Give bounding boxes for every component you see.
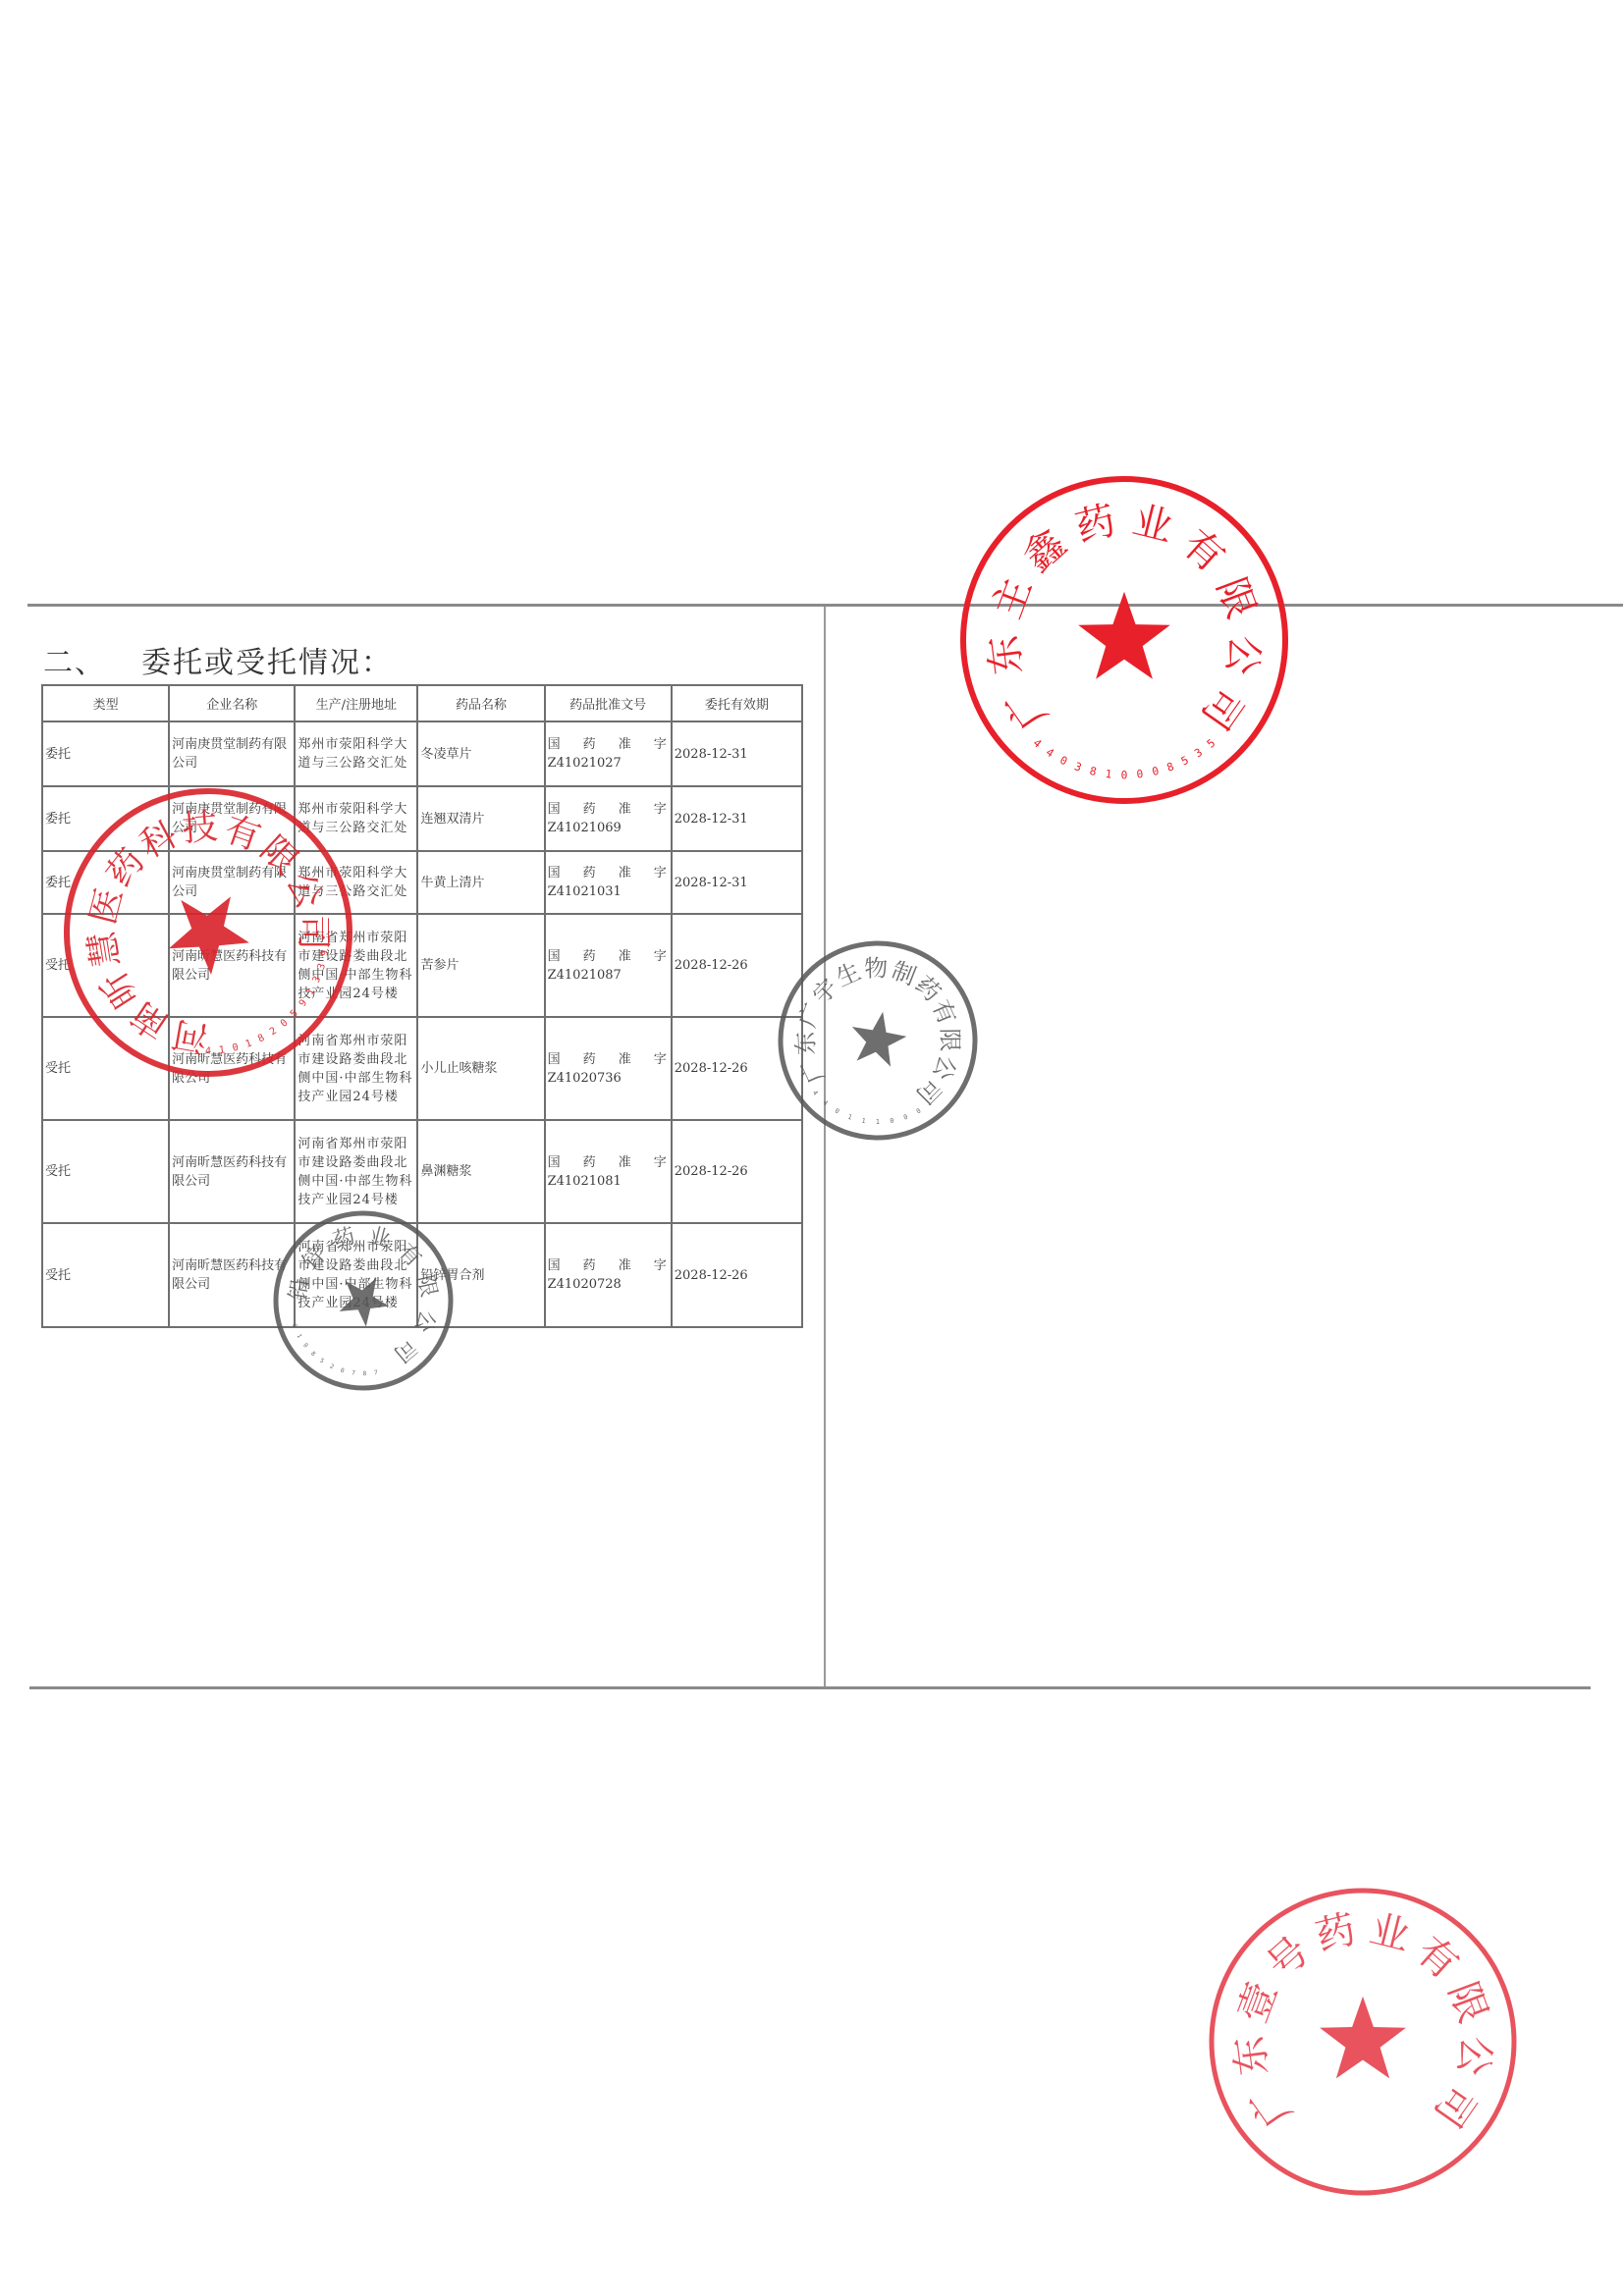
- cell-drug: 冬凌草片: [417, 721, 544, 786]
- approval-prefix-char: 药: [583, 735, 596, 754]
- approval-number: Z41021081: [548, 1172, 669, 1191]
- svg-text:锌: 锌: [298, 1242, 331, 1274]
- bottom-right-seal: 广东壹号药业有限公司: [1206, 1885, 1520, 2199]
- cell-drug: 牛黄上清片: [417, 851, 544, 914]
- approval-prefix: 国药准字: [548, 800, 669, 819]
- svg-text:广: 广: [1241, 2077, 1301, 2135]
- svg-text:8: 8: [256, 1033, 266, 1045]
- approval-prefix-char: 字: [654, 947, 667, 966]
- svg-text:东: 东: [791, 1031, 820, 1055]
- svg-text:5: 5: [289, 1008, 300, 1020]
- svg-text:5: 5: [318, 1358, 325, 1365]
- approval-number: Z41021069: [548, 819, 669, 837]
- svg-text:7: 7: [352, 1369, 356, 1376]
- svg-text:1: 1: [296, 1333, 303, 1340]
- approval-prefix-char: 准: [619, 1153, 631, 1172]
- cell-approval: 国药准字 Z41020736: [545, 1017, 672, 1120]
- cell-approval: 国药准字 Z41021027: [545, 721, 672, 786]
- svg-text:3: 3: [311, 975, 324, 985]
- approval-prefix-char: 国: [548, 1153, 561, 1172]
- approval-prefix-char: 国: [548, 864, 561, 882]
- svg-text:3: 3: [316, 962, 328, 971]
- svg-text:限: 限: [936, 1028, 963, 1051]
- svg-text:业: 业: [366, 1223, 394, 1253]
- approval-prefix-char: 国: [548, 735, 561, 754]
- approval-prefix-char: 字: [654, 864, 667, 882]
- header-company: 企业名称: [169, 685, 295, 721]
- approval-prefix-char: 国: [548, 1050, 561, 1069]
- section-number: 二、: [43, 646, 106, 680]
- svg-text:4: 4: [821, 1098, 829, 1107]
- svg-text:司: 司: [1192, 679, 1252, 737]
- approval-prefix: 国药准字: [548, 735, 669, 754]
- cell-drug: 苦参片: [417, 914, 544, 1017]
- svg-text:壹: 壹: [1230, 1976, 1286, 2029]
- svg-text:有: 有: [1408, 1928, 1467, 1988]
- cell-valid: 2028-12-31: [672, 721, 802, 786]
- cell-approval: 国药准字 Z41021031: [545, 851, 672, 914]
- cell-company: 河南庚贯堂制药有限公司: [169, 721, 295, 786]
- cell-approval: 国药准字 Z41020728: [545, 1223, 672, 1327]
- approval-prefix-char: 字: [654, 735, 667, 754]
- approval-prefix-char: 药: [583, 864, 596, 882]
- svg-text:9: 9: [319, 949, 331, 957]
- cell-address: 郑州市荥阳科学大道与三公路交汇处: [295, 721, 417, 786]
- approval-prefix-char: 准: [619, 1050, 631, 1069]
- svg-text:2: 2: [268, 1026, 279, 1039]
- cell-type: 受托: [42, 1120, 169, 1223]
- svg-text:有: 有: [1173, 521, 1232, 581]
- svg-text:0: 0: [291, 1323, 298, 1329]
- svg-text:0: 0: [1057, 754, 1069, 769]
- svg-text:广: 广: [997, 679, 1056, 737]
- approval-prefix-char: 国: [548, 947, 561, 966]
- gray-seal-table: 铅锌药业有限公司0108520787: [265, 1207, 461, 1394]
- svg-text:东: 东: [981, 633, 1031, 677]
- svg-text:0: 0: [1151, 765, 1161, 778]
- approval-number: Z41021087: [548, 966, 669, 985]
- header-valid: 委托有效期: [672, 685, 802, 721]
- approval-prefix-char: 字: [654, 1256, 667, 1275]
- svg-text:1: 1: [244, 1039, 253, 1050]
- header-drug: 药品名称: [417, 685, 544, 721]
- header-address: 生产/注册地址: [295, 685, 417, 721]
- svg-text:广: 广: [795, 1054, 831, 1088]
- svg-text:1: 1: [305, 987, 318, 997]
- svg-text:4: 4: [205, 1046, 211, 1057]
- cell-valid: 2028-12-31: [672, 851, 802, 914]
- svg-text:0: 0: [1121, 769, 1128, 781]
- svg-text:技: 技: [181, 807, 219, 850]
- header-type: 类型: [42, 685, 169, 721]
- section-title: 委托或受托情况：: [141, 646, 393, 680]
- table-header-row: 类型 企业名称 生产/注册地址 药品名称 药品批准文号 委托有效期: [42, 685, 802, 721]
- svg-text:0: 0: [340, 1367, 346, 1375]
- approval-prefix-char: 药: [583, 800, 596, 819]
- svg-text:0: 0: [232, 1042, 240, 1054]
- svg-text:慧: 慧: [82, 929, 128, 970]
- approval-prefix-char: 准: [619, 864, 631, 882]
- svg-text:药: 药: [1312, 1906, 1361, 1959]
- approval-prefix: 国药准字: [548, 864, 669, 882]
- svg-text:铅: 铅: [286, 1277, 313, 1303]
- svg-text:号: 号: [1259, 1928, 1318, 1988]
- svg-text:限: 限: [1439, 1976, 1495, 2029]
- svg-text:司: 司: [389, 1334, 421, 1366]
- approval-prefix-char: 字: [654, 1050, 667, 1069]
- approval-number: Z41020736: [548, 1069, 669, 1088]
- svg-text:4: 4: [811, 1089, 820, 1096]
- svg-text:司: 司: [1425, 2077, 1485, 2135]
- approval-number: Z41021031: [548, 882, 669, 901]
- svg-text:9: 9: [298, 998, 309, 1009]
- svg-text:4: 4: [1044, 746, 1056, 761]
- svg-text:0: 0: [915, 1107, 923, 1116]
- approval-number: Z41021027: [548, 754, 669, 773]
- svg-text:物: 物: [864, 955, 889, 984]
- svg-text:2: 2: [329, 1362, 336, 1370]
- approval-prefix-char: 药: [583, 1153, 596, 1172]
- svg-text:1: 1: [846, 1113, 853, 1122]
- approval-prefix-char: 准: [619, 800, 631, 819]
- cell-approval: 国药准字 Z41021087: [545, 914, 672, 1017]
- svg-text:公: 公: [1449, 2034, 1499, 2078]
- approval-prefix: 国药准字: [548, 1050, 669, 1069]
- page-bottom-rule: [29, 1686, 1591, 1689]
- gray-seal-middle: 广东广宇生物制药有限公司440111000: [770, 937, 986, 1144]
- svg-text:业: 业: [1128, 498, 1177, 551]
- svg-text:公: 公: [409, 1308, 440, 1336]
- svg-text:0: 0: [902, 1113, 909, 1122]
- svg-text:7: 7: [374, 1369, 379, 1377]
- svg-text:8: 8: [1165, 760, 1176, 774]
- svg-text:1: 1: [218, 1044, 225, 1056]
- cell-valid: 2028-12-26: [672, 1223, 802, 1327]
- svg-text:5: 5: [1179, 754, 1191, 769]
- svg-text:0: 0: [301, 1342, 309, 1349]
- header-approval: 药品批准文号: [545, 685, 672, 721]
- approval-prefix-char: 准: [619, 947, 631, 966]
- cell-drug: 连翘双清片: [417, 786, 544, 851]
- approval-prefix-char: 药: [583, 1050, 596, 1069]
- svg-text:8: 8: [363, 1370, 367, 1377]
- svg-text:0: 0: [890, 1117, 894, 1126]
- svg-text:0: 0: [834, 1107, 841, 1116]
- approval-prefix-char: 药: [583, 1256, 596, 1275]
- table-red-seal: 河南昕慧医药科技有限公司4101820591339: [61, 785, 355, 1080]
- approval-prefix-char: 药: [583, 947, 596, 966]
- cell-approval: 国药准字 Z41021069: [545, 786, 672, 851]
- approval-prefix-char: 字: [654, 800, 667, 819]
- approval-prefix-char: 国: [548, 1256, 561, 1275]
- page-center-divider: [824, 607, 826, 1686]
- top-right-seal: 广东主鑫药业有限公司4403810008535: [957, 473, 1291, 807]
- approval-number: Z41020728: [548, 1275, 669, 1294]
- svg-text:3: 3: [1073, 760, 1084, 774]
- section-heading: 二、委托或受托情况：: [43, 638, 393, 681]
- approval-prefix-char: 字: [654, 1153, 667, 1172]
- svg-text:1: 1: [876, 1118, 880, 1126]
- svg-text:1: 1: [1105, 768, 1112, 781]
- svg-text:5: 5: [1205, 736, 1218, 750]
- approval-prefix-char: 准: [619, 1256, 631, 1275]
- approval-prefix: 国药准字: [548, 947, 669, 966]
- table-row: 委托 河南庚贯堂制药有限公司 郑州市荥阳科学大道与三公路交汇处 冬凌草片 国药准…: [42, 721, 802, 786]
- svg-text:东: 东: [1227, 2034, 1277, 2078]
- svg-text:药: 药: [330, 1224, 357, 1254]
- svg-text:8: 8: [1088, 765, 1098, 778]
- approval-prefix: 国药准字: [548, 1256, 669, 1275]
- svg-text:0: 0: [1136, 768, 1144, 781]
- svg-text:4: 4: [1031, 736, 1045, 750]
- svg-text:药: 药: [1071, 498, 1120, 551]
- cell-drug: 小儿止咳糖浆: [417, 1017, 544, 1120]
- svg-text:3: 3: [1192, 746, 1205, 761]
- svg-text:有: 有: [393, 1239, 425, 1271]
- cell-valid: 2028-12-31: [672, 786, 802, 851]
- svg-text:医: 医: [82, 884, 131, 929]
- svg-text:司: 司: [293, 915, 333, 950]
- svg-text:限: 限: [412, 1273, 441, 1300]
- approval-prefix-char: 准: [619, 735, 631, 754]
- approval-prefix: 国药准字: [548, 1153, 669, 1172]
- svg-text:1: 1: [861, 1117, 866, 1126]
- svg-text:公: 公: [1217, 633, 1268, 677]
- svg-text:8: 8: [309, 1351, 317, 1359]
- svg-text:0: 0: [279, 1018, 291, 1030]
- svg-text:鑫: 鑫: [1015, 521, 1074, 581]
- cell-type: 受托: [42, 1223, 169, 1327]
- svg-text:限: 限: [1208, 572, 1264, 625]
- svg-text:主: 主: [985, 572, 1041, 625]
- cell-type: 委托: [42, 721, 169, 786]
- cell-approval: 国药准字 Z41021081: [545, 1120, 672, 1223]
- approval-prefix-char: 国: [548, 800, 561, 819]
- svg-text:业: 业: [1365, 1906, 1414, 1959]
